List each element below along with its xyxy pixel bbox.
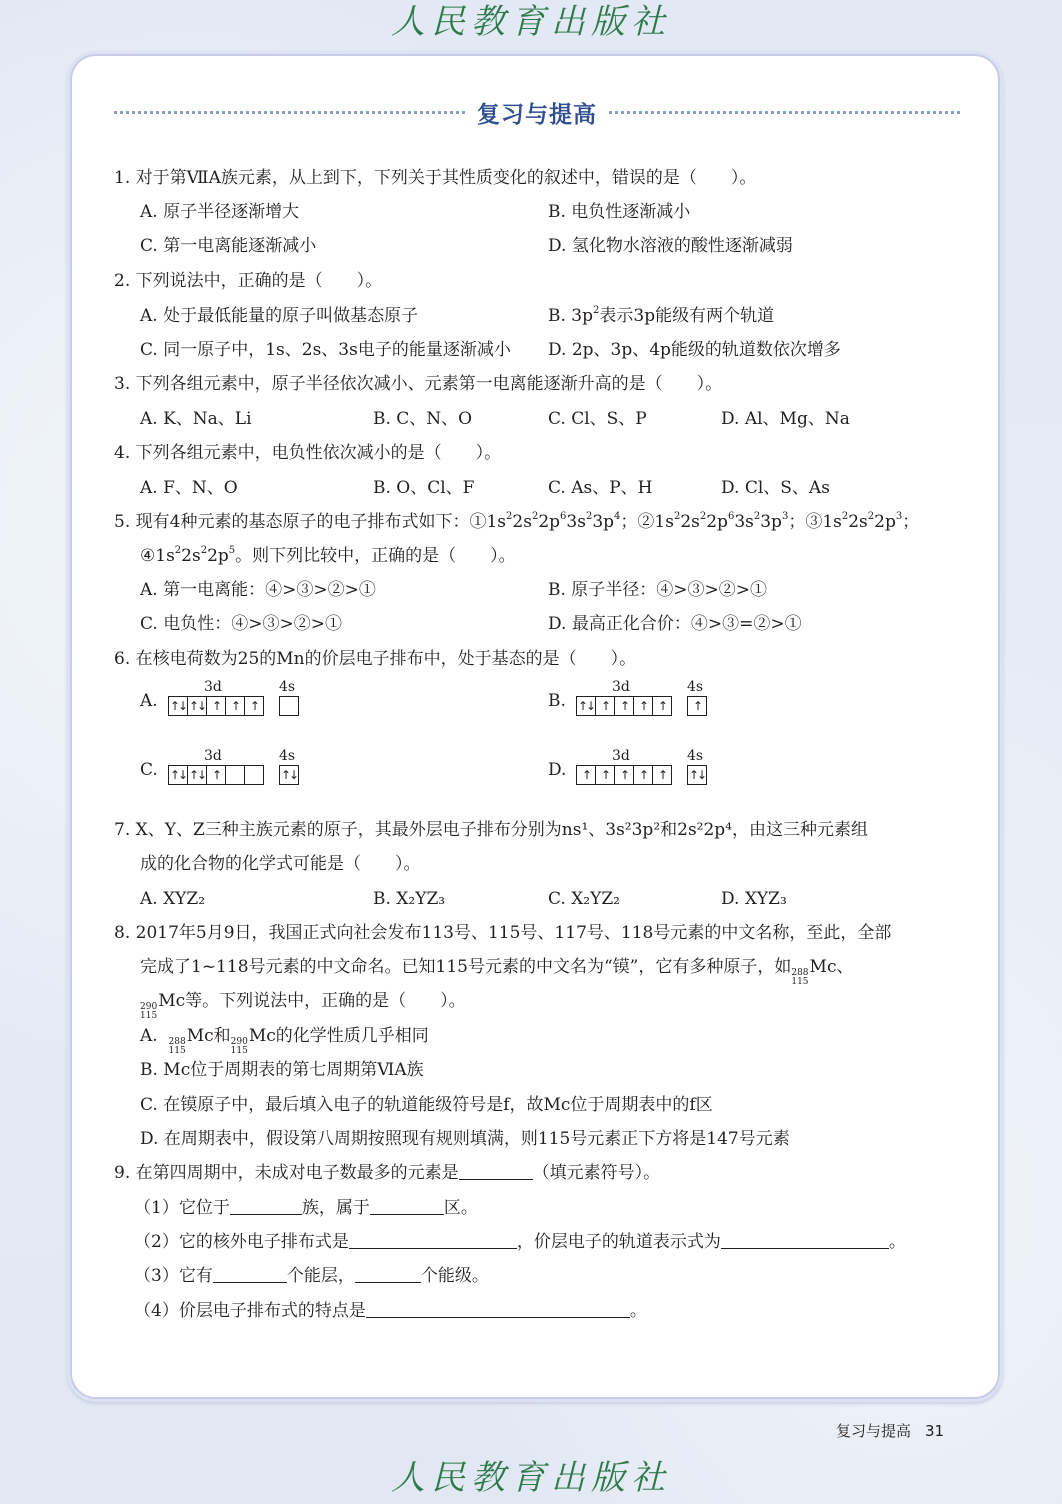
orbital-boxes-4s [279,696,299,716]
question-text: X、Y、Z三种主族元素的原子，其最外层电子排布分别为ns¹、3s²3p²和2s²… [136,820,868,840]
q8-option-b[interactable]: B. Mc位于周期表的第七周期第ⅥA族 [140,1059,424,1081]
q4-option-b[interactable]: B. O、Cl、F [373,477,474,499]
question-6-stem: 6. 在核电荷数为25的Mn的价层电子排布中，处于基态的是（ ）。 [114,648,636,670]
option-letter: A. [140,1026,158,1046]
atomic-number: 115 [231,1047,248,1056]
q8-option-c[interactable]: C. 在镆原子中，最后填入电子的轨道能级符号是f，故Mc位于周期表中的f区 [140,1094,713,1116]
question-number: 3. [114,374,130,394]
orbital-label-3d: 3d [612,749,630,763]
q1-option-d[interactable]: D. 氢化物水溶液的酸性逐渐减弱 [548,235,793,257]
q1-option-b[interactable]: B. 电负性逐渐减小 [548,201,690,223]
part-text: （2）它的核外电子排布式是 [134,1232,349,1252]
atomic-number: 115 [791,978,808,987]
answer-blank-group[interactable] [230,1198,302,1215]
question-5-stem-cont: ④1s22s22p5。则下列比较中，正确的是（ ）。 [140,545,516,567]
isotope-288: 288115 [791,969,808,987]
answer-blank-electron-config[interactable] [349,1232,517,1249]
part-text: ，价层电子的轨道表示式为 [517,1232,721,1252]
orbital-box: ↑↓ [280,766,298,784]
orbital-term: 2s [680,512,700,532]
answer-blank-subshells[interactable] [355,1266,421,1283]
orbital-label-3d: 3d [204,680,222,694]
electron-count: 4 [614,511,620,522]
orbital-term: 2s [848,512,868,532]
question-text: Mc等。下列说法中，正确的是（ ）。 [158,991,465,1011]
question-5-stem: 5. 现有4种元素的基态原子的电子排布式如下：①1s22s22p63s23p4；… [114,511,919,533]
config-label: ② [637,512,654,532]
orbital-label-4s: 4s [279,680,295,694]
question-number: 2. [114,271,130,291]
option-letter: A. [140,690,158,712]
option-text: Mc的化学性质几乎相同 [249,1026,429,1046]
question-9-part-1: （1）它位于族，属于区。 [134,1197,478,1219]
q2-option-d[interactable]: D. 2p、3p、4p能级的轨道数依次增多 [548,339,841,361]
orbital-term: 3s [734,512,754,532]
q7-option-a[interactable]: A. XYZ₂ [140,888,205,910]
answer-blank-block[interactable] [370,1198,444,1215]
part-text: 区。 [444,1198,478,1218]
question-text: 2017年5月9日，我国正式向社会发布113号、115号、117号、118号元素… [136,923,892,943]
q3-option-a[interactable]: A. K、Na、Li [140,408,252,430]
question-number: 5. [114,512,130,532]
question-text: 在核电荷数为25的Mn的价层电子排布中，处于基态的是（ ）。 [136,649,637,669]
option-text: Mc和 [187,1026,231,1046]
q3-option-b[interactable]: B. C、N、O [373,408,472,430]
orbital-box: ↑ [207,766,226,784]
config-label: ① [469,512,486,532]
q2-option-c[interactable]: C. 同一原子中，1s、2s、3s电子的能量逐渐减小 [140,339,511,361]
question-text: 现有4种元素的基态原子的电子排布式如下： [136,512,470,532]
page-number: 31 [925,1422,944,1440]
q1-option-a[interactable]: A. 原子半径逐渐增大 [140,201,299,223]
q1-option-c[interactable]: C. 第一电离能逐渐减小 [140,235,316,257]
orbital-boxes-3d: ↑↓↑↓↑ [168,765,264,785]
orbital-box: ↑↓ [688,766,706,784]
orbital-box: ↑ [577,766,596,784]
question-2-stem: 2. 下列说法中，正确的是（ ）。 [114,270,382,292]
question-text: Mc、 [810,957,854,977]
question-number: 6. [114,649,130,669]
dotted-divider-left [114,111,465,114]
answer-blank-orbital-diagram[interactable] [721,1232,889,1249]
part-text: 。 [889,1232,906,1252]
question-8-stem-line2: 完成了1~118号元素的中文命名。已知115号元素的中文名为“镆”，它有多种原子… [140,956,853,987]
orbital-boxes-4s: ↑↓ [687,765,707,785]
question-9-stem: 9. 在第四周期中，未成对电子数最多的元素是（填元素符号）。 [114,1162,660,1184]
orbital-box [226,766,245,784]
atomic-number: 115 [169,1047,186,1056]
orbital-boxes-3d: ↑↓↑↓↑↑↑ [168,696,264,716]
q7-option-d[interactable]: D. XYZ₃ [721,888,787,910]
section-header: 复习与提高 [114,96,960,128]
question-number: 7. [114,820,130,840]
option-letter: D. [548,759,566,781]
orbital-term: 3p [760,512,782,532]
orbital-box: ↑ [226,697,245,715]
orbital-box: ↑↓ [169,766,188,784]
part-text: 族，属于 [302,1198,370,1218]
option-text: B. 3p [548,306,593,326]
question-text: 在第四周期中，未成对电子数最多的元素是 [136,1163,459,1183]
question-number: 1. [114,168,130,188]
orbital-term: 2p [207,546,229,566]
q3-option-c[interactable]: C. Cl、S、P [548,408,647,430]
orbital-box: ↑ [596,697,615,715]
publisher-logo-bottom: 人民教育出版社 [0,1458,1062,1498]
part-text: 个能级。 [421,1266,489,1286]
q3-option-d[interactable]: D. Al、Mg、Na [721,408,850,430]
config-4: ④1s22s22p5 [140,546,235,566]
orbital-label-3d: 3d [612,680,630,694]
question-7-stem: 7. X、Y、Z三种主族元素的原子，其最外层电子排布分别为ns¹、3s²3p²和… [114,819,868,841]
section-title: 复习与提高 [465,96,609,129]
answer-blank-feature[interactable] [366,1301,630,1318]
orbital-label-4s: 4s [687,749,703,763]
part-text: 个能层， [287,1266,355,1286]
electron-count: 3 [896,511,902,522]
publisher-logo-top: 人民教育出版社 [0,2,1062,42]
part-text: （3）它有 [134,1266,213,1286]
q5-option-b[interactable]: B. 原子半径：④>③>②>① [548,579,767,601]
orbital-box: ↑ [207,697,226,715]
orbital-term: 1s [155,546,175,566]
orbital-boxes-3d: ↑↓↑↑↑↑ [576,696,672,716]
question-number: 4. [114,443,130,463]
orbital-term: 2p [538,512,560,532]
orbital-box: ↑ [653,697,671,715]
q2-option-b[interactable]: B. 3p2表示3p能级有两个轨道 [548,305,774,327]
config-2: ②1s22s22p63s23p3 [637,512,788,532]
dotted-divider-right [609,111,960,114]
question-9-part-2: （2）它的核外电子排布式是，价层电子的轨道表示式为。 [134,1231,906,1253]
question-9-part-4: （4）价层电子排布式的特点是。 [134,1300,647,1322]
orbital-box: ↑ [615,697,634,715]
question-text: 。则下列比较中，正确的是（ ）。 [235,546,516,566]
orbital-term: 1s [822,512,842,532]
orbital-box: ↑↓ [188,766,207,784]
orbital-label-4s: 4s [687,680,703,694]
orbital-term: 2s [181,546,201,566]
question-number: 8. [114,923,130,943]
q2-option-a[interactable]: A. 处于最低能量的原子叫做基态原子 [140,305,418,327]
option-text: 表示3p能级有两个轨道 [599,306,774,326]
orbital-boxes-4s: ↑ [687,696,707,716]
part-text: 。 [630,1301,647,1321]
question-7-stem-cont: 成的化合物的化学式可能是（ ）。 [140,853,421,875]
orbital-term: 3p [592,512,614,532]
q7-option-c[interactable]: C. X₂YZ₂ [548,888,620,910]
orbital-term: 2p [706,512,728,532]
orbital-term: 3s [566,512,586,532]
question-text: 下列各组元素中，电负性依次减小的是（ ）。 [136,443,502,463]
config-3: ③1s22s22p3 [805,512,902,532]
orbital-box: ↑↓ [188,697,207,715]
question-text: 完成了1~118号元素的中文命名。已知115号元素的中文名为“镆”，它有多种原子… [140,957,791,977]
orbital-label-3d: 3d [204,749,222,763]
orbital-box: ↑↓ [577,697,596,715]
question-1-stem: 1. 对于第ⅦA族元素，从上到下，下列关于其性质变化的叙述中，错误的是（ ）。 [114,167,756,189]
isotope-290: 290115 [140,1003,157,1021]
question-text: （填元素符号）。 [533,1163,661,1183]
orbital-box [280,697,298,715]
isotope-290: 290115 [231,1038,248,1056]
orbital-term: 2p [874,512,896,532]
atomic-number: 115 [140,1012,157,1021]
q8-option-d[interactable]: D. 在周期表中，假设第八周期按照现有规则填满，则115号元素正下方将是147号… [140,1128,790,1150]
isotope-288: 288115 [169,1038,186,1056]
q8-option-a[interactable]: A. 288115Mc和290115Mc的化学性质几乎相同 [140,1025,429,1056]
orbital-box: ↑ [688,697,706,715]
part-text: （1）它位于 [134,1198,230,1218]
orbital-term: 2s [512,512,532,532]
question-8-stem: 8. 2017年5月9日，我国正式向社会发布113号、115号、117号、118… [114,922,891,944]
option-letter: C. [140,759,158,781]
orbital-boxes-4s: ↑↓ [279,765,299,785]
q4-option-a[interactable]: A. F、N、O [140,477,238,499]
q5-option-a[interactable]: A. 第一电离能：④>③>②>① [140,579,376,601]
orbital-box: ↑ [596,766,615,784]
orbital-box: ↑ [634,766,653,784]
question-8-stem-line3: 290115Mc等。下列说法中，正确的是（ ）。 [140,990,466,1021]
part-text: （4）价层电子排布式的特点是 [134,1301,366,1321]
footer-section-name: 复习与提高 [836,1422,911,1440]
orbital-boxes-3d: ↑↑↑↑↑ [576,765,672,785]
q4-option-c[interactable]: C. As、P、H [548,477,652,499]
config-1: ①1s22s22p63s23p4 [469,512,620,532]
orbital-term: 1s [654,512,674,532]
page-footer: 复习与提高31 [836,1420,944,1441]
q5-option-d[interactable]: D. 最高正化合价：④>③=②>① [548,613,802,635]
q5-option-c[interactable]: C. 电负性：④>③>②>① [140,613,342,635]
answer-blank-shells[interactable] [213,1266,287,1283]
q7-option-b[interactable]: B. X₂YZ₃ [373,888,445,910]
orbital-box: ↑ [615,766,634,784]
orbital-term: 1s [486,512,506,532]
question-text: 下列各组元素中，原子半径依次减小、元素第一电离能逐渐升高的是（ ）。 [136,374,723,394]
question-text: 对于第ⅦA族元素，从上到下，下列关于其性质变化的叙述中，错误的是（ ）。 [136,168,757,188]
option-letter: B. [548,690,566,712]
orbital-box: ↑↓ [169,697,188,715]
orbital-box: ↑ [653,766,671,784]
question-number: 9. [114,1163,130,1183]
q4-option-d[interactable]: D. Cl、S、As [721,477,830,499]
question-9-part-3: （3）它有个能层，个能级。 [134,1265,489,1287]
answer-blank-element[interactable] [459,1163,533,1180]
orbital-box [245,766,263,784]
config-label: ③ [805,512,822,532]
question-4-stem: 4. 下列各组元素中，电负性依次减小的是（ ）。 [114,442,501,464]
question-text: 下列说法中，正确的是（ ）。 [136,271,383,291]
config-label: ④ [140,546,155,566]
orbital-box: ↑ [245,697,263,715]
question-3-stem: 3. 下列各组元素中，原子半径依次减小、元素第一电离能逐渐升高的是（ ）。 [114,373,722,395]
orbital-label-4s: 4s [279,749,295,763]
electron-count: 3 [782,511,788,522]
orbital-box: ↑ [634,697,653,715]
